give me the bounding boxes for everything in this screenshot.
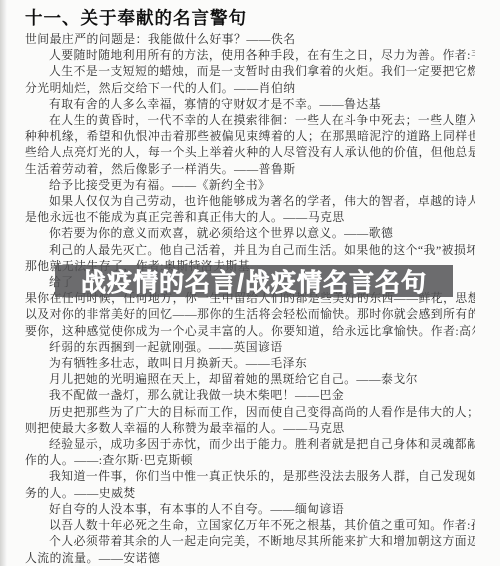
text-line: 经验显示，成功多因于赤忱，而少出于能力。胜利者就是把自己身体和灵魂都献给工 xyxy=(25,436,475,452)
text-line: 人要随时随地利用所有的方法，使用各种手段，在有生之日，尽力为善。作者:韦斯利 xyxy=(25,47,475,63)
text-line: 作的人。——:查尔斯·巴克斯顿 xyxy=(25,452,475,468)
text-line: 是他永远也不能成为真正完善和真正伟大的人。——马克思 xyxy=(25,209,475,225)
text-line: 有取有舍的人多么幸福，寡情的守财奴才是不幸。——鲁达基 xyxy=(25,96,475,112)
text-line: 则把使最大多数人幸福的人称赞为最幸福的人。——马克思 xyxy=(25,420,475,436)
text-line: 务的人。——史威焚 xyxy=(25,485,475,501)
text-line: 人流的流量。——安诺德 xyxy=(25,550,475,566)
text-line: 些给人点亮灯光的人，每一个头上举着火种的人尽管没有人承认他的价值，但他总是默默地 xyxy=(25,144,475,160)
text-line: 纤弱的东西捆到一起就刚强。——英国谚语 xyxy=(25,339,475,355)
text-line: 要你，这种感觉使你成为一个心灵丰富的人。你要知道，给永远比拿愉快。作者:高尔基 xyxy=(25,323,475,339)
text-line: 为有牺牲多壮志，敢叫日月换新天。——毛泽东 xyxy=(25,355,475,371)
text-line: 我知道一件事，你们当中惟一真正快乐的，是那些没法去服务人群，自己发现如何服 xyxy=(25,468,475,484)
text-line: 以及对你的非常美好的回忆——那你的生活将会轻松而愉快。那时你就会感到所有的人都需 xyxy=(25,306,475,322)
text-line: 如果人仅仅为自己劳动，也许他能够成为著名的学者，伟大的智者，卓越的诗人，但 xyxy=(25,193,475,209)
text-line: 人生不是一支短短的蜡烛，而是一支暂时由我们拿着的火炬。我们一定要把它燃得十 xyxy=(25,63,475,79)
text-line: 在人生的黄昏时，一代不幸的人在摸索徘徊：一些人在斗争中死去；一些人堕入深渊； xyxy=(25,112,475,128)
text-line: 好自夸的人没本事，有本事的人不自夸。——缅甸谚语 xyxy=(25,501,475,517)
text-line: 历史把那些为了广大的目标而工作，因而使自己变得高尚的人看作是伟大的人；经验 xyxy=(25,404,475,420)
text-line: 生活着劳动着，然后像影子一样消失。——普鲁斯 xyxy=(25,161,475,177)
text-line: 我不配做一盏灯，那么就让我做一块木柴吧！——巴金 xyxy=(25,387,475,403)
text-line: 分光明灿烂，然后交给下一代的人们。——肖伯纳 xyxy=(25,80,475,96)
text-line: 你若要为你的意义而欢喜，就必须给这个世界以意义。——歌德 xyxy=(25,225,475,241)
text-line: 月儿把她的光明遍照在天上，却留着她的黑斑给它自己。——泰戈尔 xyxy=(25,371,475,387)
text-line: 世间最庄严的问题是：我能做什么好事？——佚名 xyxy=(25,31,475,47)
text-line: 种种机缘，希望和仇恨冲击着那些被偏见束缚着的人；在那黑暗泥泞的道路上同样也走着那 xyxy=(25,128,475,144)
text-line: 以吾人数十年必死之生命，立国家亿万年不死之根基，其价值之重可知。作者:孙中山 xyxy=(25,517,475,533)
watermark-banner-text: 战疫情的名言/战疫情名言名句 xyxy=(81,263,427,299)
text-line: 个人必须带着其余的人一起走向完美，不断地尽其所能来扩大和增加朝这方面迈进的 xyxy=(25,533,475,549)
text-line: 利己的人最先灭亡。他自己活着，并且为自己而生活。如果他的这个“我”被损坏了， xyxy=(25,242,475,258)
text-line: 给予比接受更为有福。——《新约全书》 xyxy=(25,177,475,193)
watermark-banner: 战疫情的名言/战疫情名言名句 xyxy=(55,265,453,297)
document-page: 十一、关于奉献的名言警句 世间最庄严的问题是：我能做什么好事？——佚名人要随时随… xyxy=(0,0,500,566)
page-title: 十一、关于奉献的名言警句 xyxy=(25,5,247,30)
page-edge-shading xyxy=(0,0,7,566)
